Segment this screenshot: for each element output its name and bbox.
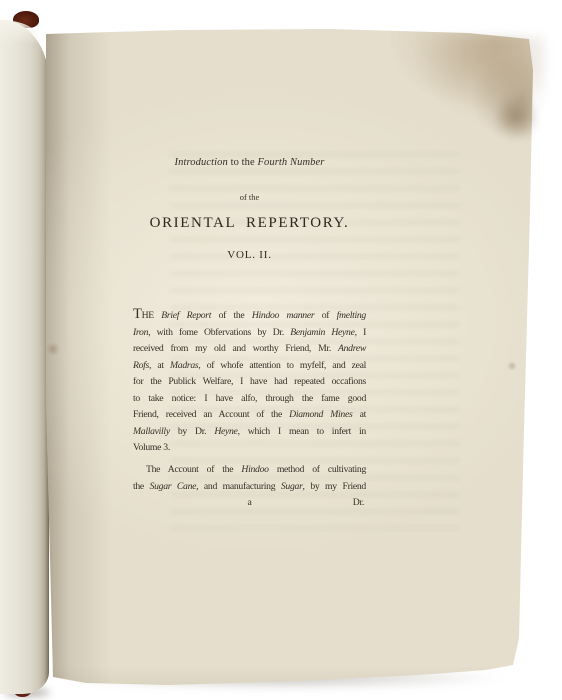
text-line: The Account of the Hindoo method of cult…: [133, 462, 366, 479]
text-segment: HE: [142, 310, 162, 321]
text-line: to take notice: I have alfo, through the…: [133, 391, 366, 408]
text-segment: Sugar Cane: [150, 481, 197, 492]
body-text: THE Brief Report of the Hindoo manner of…: [133, 306, 366, 512]
intro-heading: Introduction to the Fourth Number: [133, 157, 366, 169]
text-segment: of: [314, 310, 336, 321]
signature-mark: a: [248, 495, 252, 512]
text-segment: Fourth Number: [258, 157, 325, 168]
text-segment: Iron: [133, 327, 148, 338]
text-segment: received from my old and worthy Friend, …: [133, 343, 338, 354]
text-line: Iron, with fome Obfervations by Dr. Benj…: [133, 325, 366, 342]
text-segment: , which I mean to infert in: [238, 426, 366, 437]
text-segment: method of cultivating: [269, 464, 366, 475]
text-segment: Mallavilly: [133, 426, 170, 437]
text-segment: Diamond Mines: [289, 409, 352, 420]
text-segment: Friend, received an Account of the: [133, 409, 289, 420]
text-segment: , I: [355, 327, 366, 338]
text-segment: Andrew: [338, 343, 366, 354]
text-segment: , of whofe attention to myfelf, and zeal: [198, 360, 366, 371]
text-line: for the Publick Welfare, I have had repe…: [133, 374, 366, 391]
text-segment: Sugar: [281, 481, 303, 492]
text-segment: , by my Friend: [303, 481, 366, 492]
text-segment: to take notice: I have alfo, through the…: [133, 393, 366, 404]
text-segment: fmelting: [337, 310, 366, 321]
text-segment: at: [352, 409, 366, 420]
text-line: Rofs, at Madras, of whofe attention to m…: [133, 358, 366, 375]
text-segment: Hindoo: [241, 464, 268, 475]
text-segment: by Dr.: [170, 426, 214, 437]
paragraph: The Account of the Hindoo method of cult…: [133, 462, 366, 495]
text-segment: Rofs: [133, 360, 149, 371]
text-segment: , and manufacturing: [196, 481, 281, 492]
text-line: Mallavilly by Dr. Heyne, which I mean to…: [133, 424, 366, 441]
text-line: received from my old and worthy Friend, …: [133, 341, 366, 358]
text-line: the Sugar Cane, and manufacturing Sugar,…: [133, 479, 366, 496]
volume-label: VOL. II.: [133, 249, 366, 262]
text-segment: the: [133, 481, 150, 492]
paragraph: THE Brief Report of the Hindoo manner of…: [133, 306, 366, 457]
text-segment: Heyne: [214, 426, 237, 437]
text-segment: of the: [211, 310, 252, 321]
text-line: Volume 3.: [133, 440, 366, 457]
text-segment: Brief Report: [161, 310, 211, 321]
page-text-block: Introduction to the Fourth Number of the…: [0, 0, 562, 700]
text-segment: Volume 3.: [133, 442, 170, 453]
book-photo: Introduction to the Fourth Number of the…: [0, 0, 562, 700]
text-line: Friend, received an Account of the Diamo…: [133, 407, 366, 424]
text-segment: Benjamin Heyne: [290, 327, 354, 338]
text-segment: T: [133, 306, 142, 322]
repertory-title: ORIENTAL REPERTORY.: [129, 214, 370, 232]
subtitle-of-the: of the: [133, 192, 366, 202]
text-segment: Hindoo manner: [252, 310, 314, 321]
text-segment: for the Publick Welfare, I have had repe…: [133, 376, 366, 387]
text-segment: , with fome Obfervations by Dr.: [148, 327, 290, 338]
signature-line: aDr.: [133, 495, 366, 512]
text-segment: The Account of the: [146, 464, 241, 475]
text-segment: to the: [228, 157, 258, 168]
text-segment: Madras: [170, 360, 198, 371]
text-line: THE Brief Report of the Hindoo manner of…: [133, 306, 366, 325]
catchword: Dr.: [353, 495, 364, 512]
text-segment: , at: [149, 360, 170, 371]
text-segment: Introduction: [175, 157, 228, 168]
